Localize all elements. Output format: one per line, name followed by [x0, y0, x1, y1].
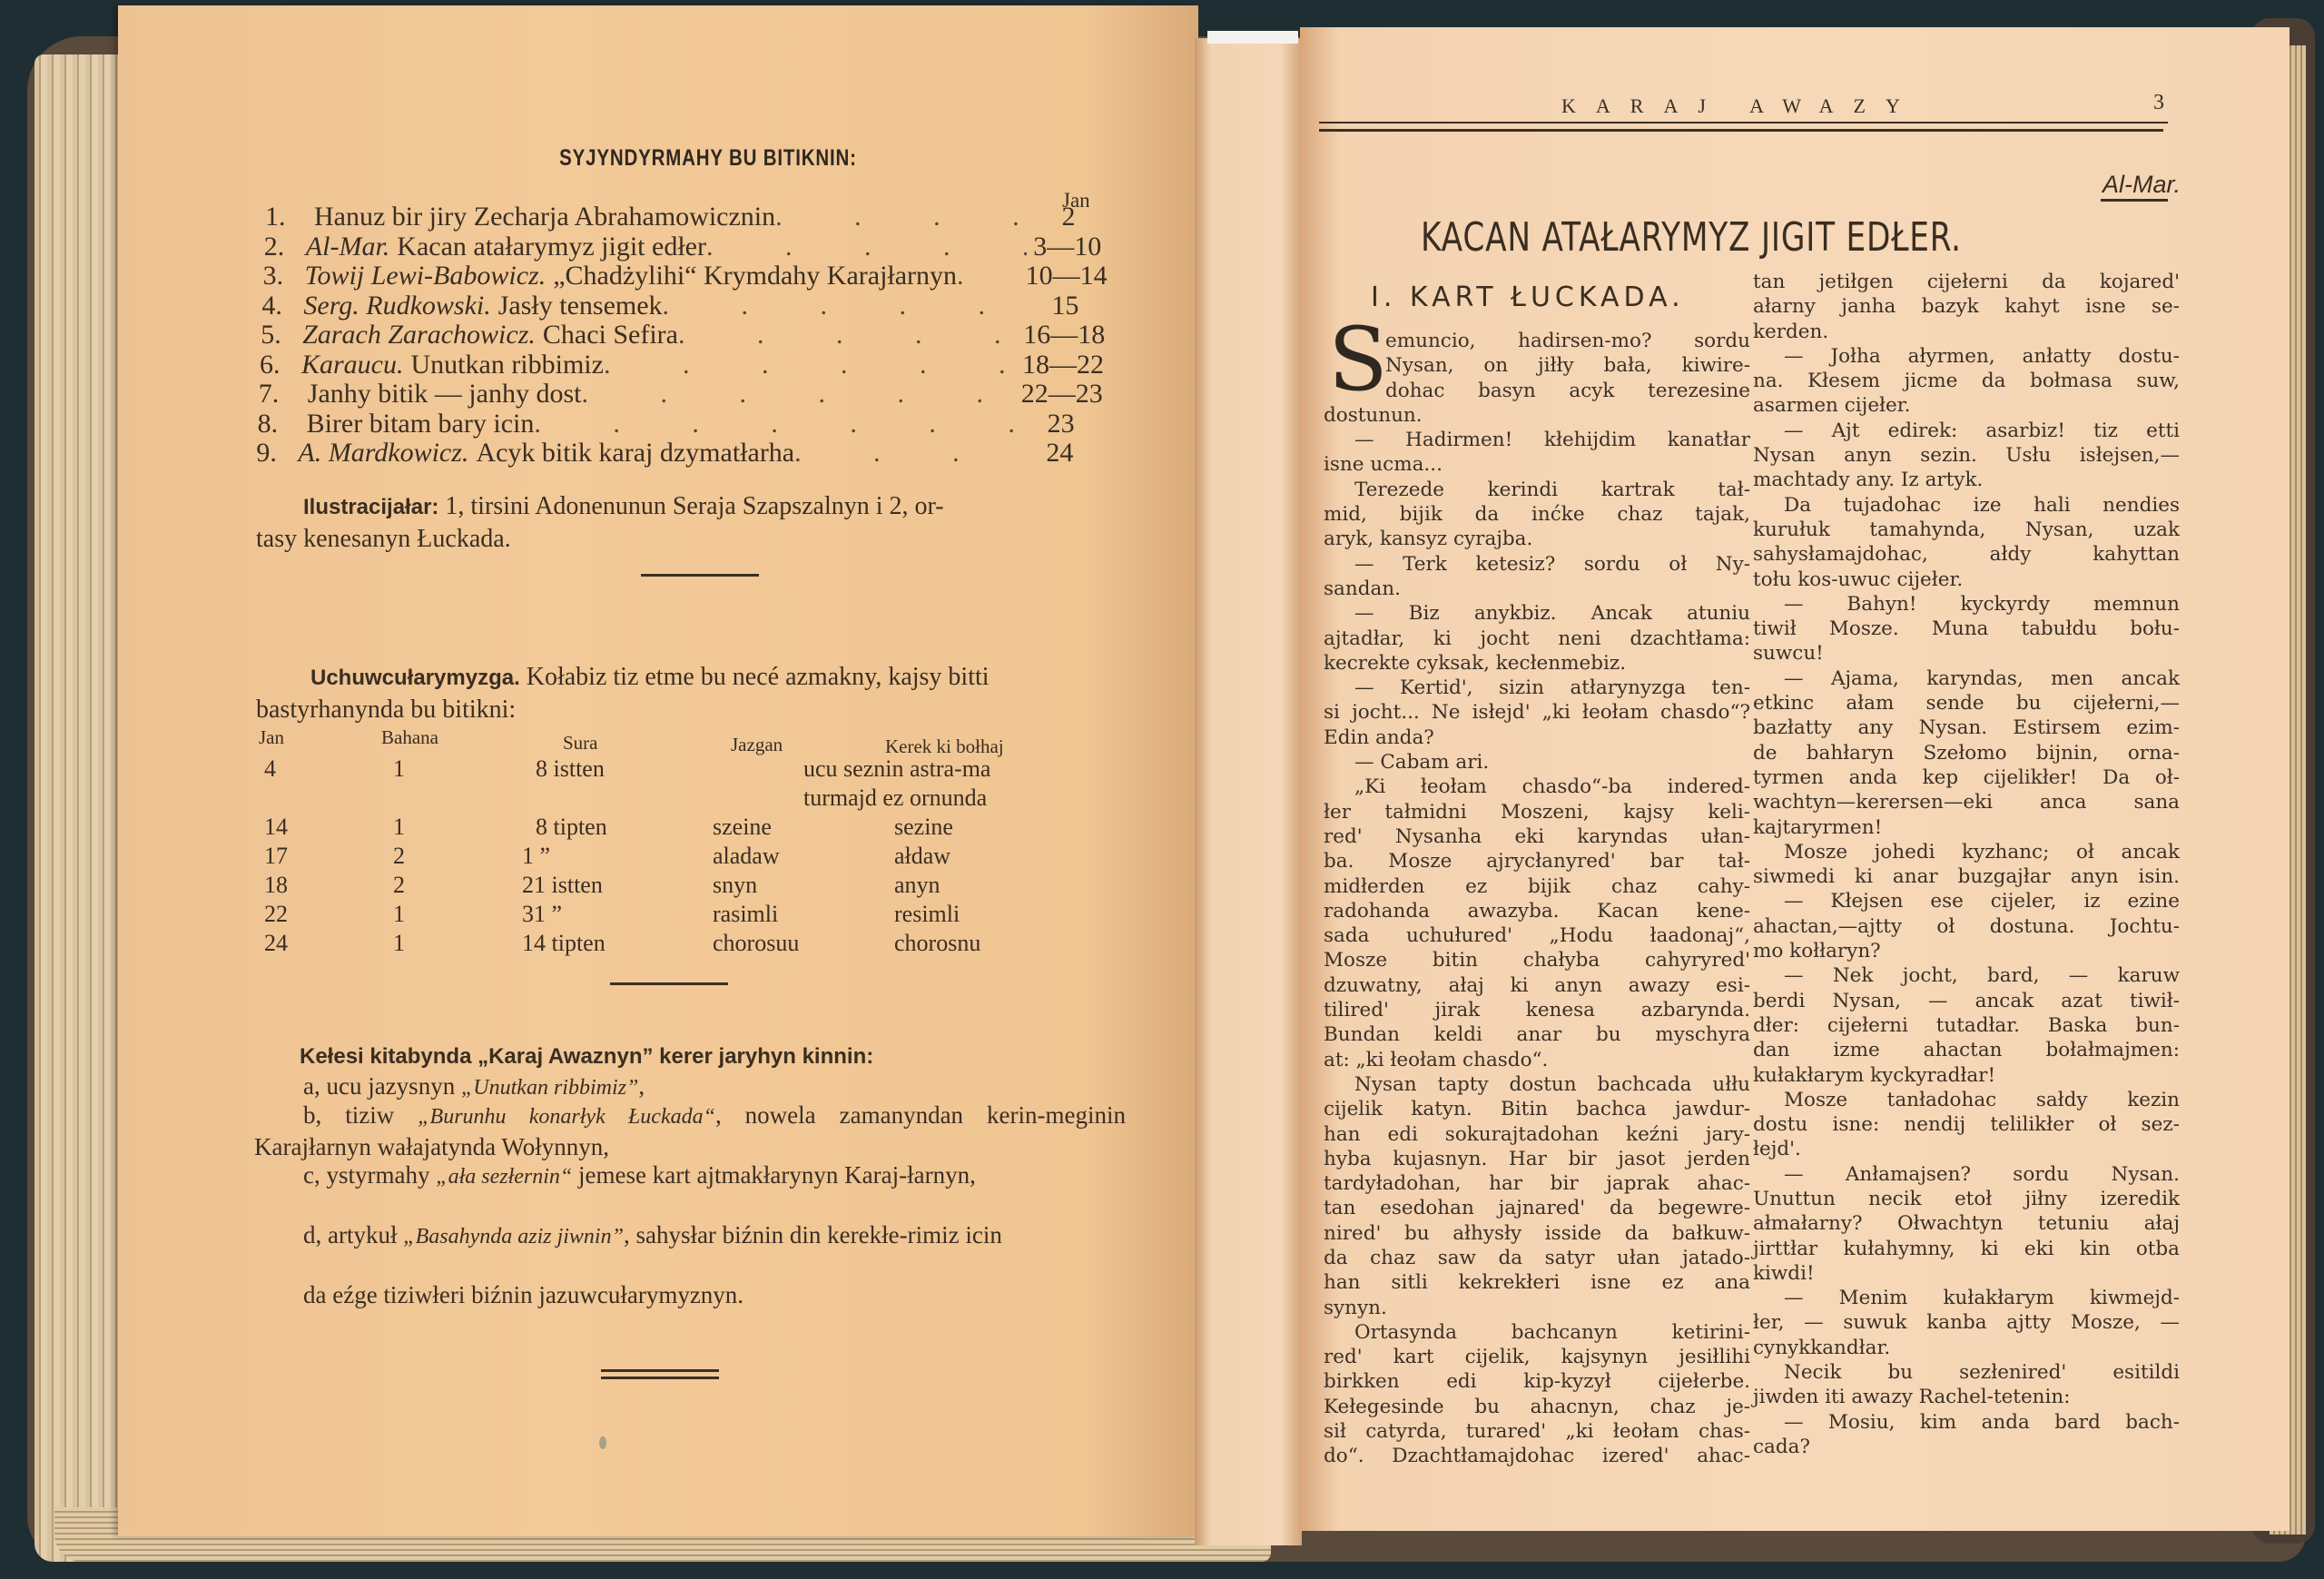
errata-jazgan: szeine: [713, 814, 772, 841]
text-line: midłerden ez bijik chaz cahy-: [1324, 874, 1750, 899]
errata-header-jazgan: Jazgan: [731, 734, 783, 756]
entry-pages: 23: [1020, 409, 1102, 439]
text-line: dohac basyn acyk terezesine: [1324, 379, 1750, 403]
text-line: tilired' jirak kenesa azbarynda.: [1324, 998, 1750, 1022]
text-line: Terezede kerindi kartrak tał-: [1324, 478, 1750, 502]
text-line: dostu isne: nendij telilikłer oł sez-: [1753, 1112, 2180, 1137]
text-line: — Kertid', sizin atłarynyzga ten-: [1324, 676, 1750, 700]
next-issue-item: c, ystyrmahy „ała sezłernin“ jemese kart…: [254, 1160, 1126, 1192]
text-line: ahactan,—ajtty oł dostuna. Jochtu-: [1753, 914, 2180, 939]
leader-dots: . . . . . . . . . . . . . . . . . .: [706, 232, 1027, 262]
text-line: Kełegesinde bu ahacnyn, chaz je-: [1324, 1395, 1750, 1419]
text-line: sandan.: [1324, 577, 1750, 601]
leader-dots: . . . . . . . . . . . . . . . . . .: [957, 261, 1026, 291]
errata-intro: Uchuwcułarymyzga. Kołabiz tiz etme bu ne…: [256, 661, 1109, 725]
entry-number: 7.: [259, 379, 300, 410]
errata-kerek: anyn: [894, 872, 940, 899]
errata-kerek: resimli: [894, 901, 960, 928]
leader-dots: . . . . . . . . . . . . . . . . . .: [534, 409, 1019, 439]
page-number: 3: [2153, 91, 2164, 115]
text-line: sahysłamajdohac, ałdy kahyttan: [1753, 542, 2180, 567]
errata-bahana: 1: [393, 814, 405, 841]
errata-header-jan: Jan: [259, 726, 284, 749]
entry-author: Karaucu.: [301, 350, 404, 380]
errata-bahana: 1: [393, 930, 405, 957]
item-prefix: d, artykuł: [303, 1221, 403, 1248]
errata-jan: 4: [264, 755, 276, 783]
entry-number: 3.: [263, 261, 305, 291]
leader-dots: . . . . . . . . . . . . . . . . . .: [604, 350, 1022, 380]
text-line: tan jetiłgen cijełerni da kojared': [1753, 270, 2180, 294]
entry-title: Birer bitam bary icin: [307, 409, 535, 439]
text-line: mid, bijik da inćke chaz tajak,: [1324, 502, 1750, 527]
text-line: dłer: cijełerni tutadłar. Baska bun-: [1753, 1013, 2180, 1038]
illustrations-note: Ilustracijałar: 1, tirsini Adonenunun Se…: [256, 490, 1109, 555]
text-line: „Ki łeołam chasdo“-ba indered-: [1324, 775, 1750, 799]
item-prefix: b, tiziw: [303, 1101, 418, 1129]
text-line: kiwdi!: [1753, 1261, 2180, 1286]
text-line: — Menim kułakłarym kiwmejd-: [1753, 1286, 2180, 1310]
errata-kerek: ucu seznin astra-ma: [803, 755, 990, 783]
leader-dots: . . . . . . . . . . . . . . . . . .: [581, 379, 1020, 410]
entry-author: Al-Mar.: [306, 232, 390, 262]
text-line: jirttłar kułahymny, ki eki kin otba: [1753, 1237, 2180, 1261]
errata-jazgan: rasimli: [713, 901, 778, 928]
text-line: red' kart cijelik, kajsynyn jesiłlihi: [1324, 1345, 1750, 1369]
text-line: isne ucma...: [1324, 452, 1750, 477]
errata-intro-1: Kołabiz tiz etme bu necé azmakny, kajsy …: [527, 663, 990, 691]
next-issue-item: da eźge tiziwłeri biźnin jazuwcułarymyzn…: [254, 1280, 1126, 1312]
errata-jan: 14: [264, 814, 288, 841]
errata-sura: 31 ”: [522, 901, 562, 928]
entry-number: 8.: [258, 409, 300, 439]
errata-bahana: 2: [393, 843, 405, 870]
text-line: berdi Nysan, — ancak azat tiwił-: [1753, 989, 2180, 1013]
text-line: kajtaryrmen!: [1753, 815, 2180, 840]
contents-entry: 7.Janhy bitik — janhy dost. . . . . . . …: [259, 379, 1103, 410]
next-issue-item: b, tiziw „Burunhu konarłyk Łuckada“, now…: [254, 1100, 1126, 1162]
entry-title: Unutkan ribbimiz: [411, 350, 604, 380]
text-line: nired' bu ałhysły isside da bałkuw-: [1324, 1221, 1750, 1246]
text-line: tiwił Mosze. Muna tabułdu bołu-: [1753, 617, 2180, 641]
text-line: — Bahyn! kyckyrdy memnun: [1753, 592, 2180, 617]
errata-label: Uchuwcułarymyzga.: [310, 666, 520, 690]
errata-sura: 8 tipten: [536, 814, 607, 841]
gutter-flyleaf: [1195, 38, 1302, 1545]
text-line: — Terk ketesiz? sordu oł Ny-: [1324, 552, 1750, 577]
text-line: tyrmen anda kep cijelikłer! Da oł-: [1753, 765, 2180, 790]
item-suffix: ,: [638, 1072, 645, 1100]
errata-bahana: 2: [393, 872, 405, 899]
text-line: Nysan, on jiłły bała, kiwire-: [1324, 353, 1750, 378]
leader-dots: . . . . . . . . . . . . . . . . . .: [678, 320, 1023, 350]
entry-number: 5.: [261, 320, 302, 350]
leader-dots: . . . . . . . . . . . . . . . . . .: [775, 202, 1028, 232]
section-divider: [641, 574, 759, 577]
errata-sura: 1 ”: [522, 843, 550, 870]
errata-bahana: 1: [393, 755, 405, 783]
errata-jan: 24: [264, 930, 288, 957]
contents-entry: 1.Hanuz bir jiry Zecharja Abrahamowiczni…: [265, 202, 1109, 232]
errata-row: 1418 tiptenszeinesezine: [259, 814, 1112, 844]
entry-title: Kacan atałarymyz jigit edłer: [397, 232, 706, 262]
text-line: de bahłaryn Szełomo bijnin, orna-: [1753, 741, 2180, 765]
text-line: — Nek jocht, bard, — karuw: [1753, 963, 2180, 988]
contents-entry: 8.Birer bitam bary icin. . . . . . . . .…: [258, 409, 1102, 439]
text-line: kerden.: [1753, 320, 2180, 344]
errata-jan: 18: [264, 872, 288, 899]
text-line: do“. Dzachtłamajdohac izered' ahac-: [1324, 1444, 1750, 1468]
errata-sura: 21 istten: [522, 872, 603, 899]
text-line: ałmałarny? Ołwachtyn tetuniu ałaj: [1753, 1211, 2180, 1236]
end-rule-top: [601, 1369, 719, 1372]
entry-title: Jasły tensemek: [498, 291, 663, 321]
text-line: ałarny janha bazyk kahyt isne se-: [1753, 294, 2180, 319]
text-line: na. Kłesem jicme da bołmasa suw,: [1753, 369, 2180, 393]
leader-dots: . . . . . . . . . . . . . . . . . .: [663, 291, 1025, 321]
text-line: tardyładohan, har bir japrak ahac-: [1324, 1171, 1750, 1196]
text-line: Edin anda?: [1324, 725, 1750, 750]
text-line: Da tujadohac ize hali nendies: [1753, 493, 2180, 518]
errata-row: 24114 tiptenchorosuuchorosnu: [259, 930, 1112, 961]
running-head: KARAJ AWAZY: [1561, 94, 1920, 118]
text-line: Necik bu sezłenired' esitildi: [1753, 1360, 2180, 1385]
head-rule-1: [1319, 122, 2168, 123]
entry-pages: 22—23: [1021, 379, 1103, 410]
text-line: łer, — suwuk kanba ajtty Mosze, —: [1753, 1310, 2180, 1335]
text-line: cynykkandłar.: [1753, 1336, 2180, 1360]
entry-pages: 24: [1019, 438, 1100, 469]
text-line: kułakłarym kyckyradłar!: [1753, 1063, 2180, 1088]
entry-pages: 2: [1028, 202, 1109, 232]
errata-sura: 8 istten: [536, 755, 605, 783]
item-title: „Basahynda aziz jiwnin”: [403, 1225, 624, 1248]
errata-row: 22131 ”rasimliresimli: [259, 901, 1112, 932]
text-line: tan esedohan jajnared' da begewre-: [1324, 1196, 1750, 1220]
text-line: cijelik katyn. Bitin bachca jawdur-: [1324, 1097, 1750, 1121]
errata-sura: 14 tipten: [522, 930, 606, 957]
text-line: radohanda awazyba. Kacan kene-: [1324, 899, 1750, 923]
head-rule-2: [1319, 129, 2163, 132]
item-title: „Burunhu konarłyk Łuckada“: [418, 1105, 715, 1129]
text-line: red' Nysanha eki karyndas ułan-: [1324, 824, 1750, 849]
item-prefix: a, ucu jazysnyn: [303, 1072, 461, 1100]
text-line: birkken edi kip-kyzył cijełerbe.: [1324, 1369, 1750, 1394]
errata-kerek: chorosnu: [894, 930, 980, 957]
contents-entry: 6.Karaucu.Unutkan ribbimiz. . . . . . . …: [260, 350, 1104, 380]
entry-number: 2.: [264, 232, 306, 262]
errata-header-sura: Sura: [563, 732, 598, 755]
entry-author: Serg. Rudkowski.: [303, 291, 490, 321]
text-line: dzuwatny, ałaj ki anyn awazy esi-: [1324, 973, 1750, 998]
text-line: ba. Mosze ajrycłanyred' bar tał-: [1324, 849, 1750, 873]
text-line: — Jołha ałyrmen, anłatty dostu-: [1753, 344, 2180, 369]
text-line: kecrekte cyksak, kecłenmebiz.: [1324, 651, 1750, 676]
errata-kerek: ałdaw: [894, 843, 950, 870]
text-line: da chaz saw da satyr ułan jatado-: [1324, 1246, 1750, 1270]
item-prefix: da eźge tiziwłeri biźnin jazuwcułarymyzn…: [303, 1281, 743, 1308]
text-line: at: „ki łeołam chasdo“.: [1324, 1048, 1750, 1072]
article-byline: Al-Mar.: [2102, 171, 2181, 199]
text-line: hyba kujasnyn. Har bir jasot jerden: [1324, 1147, 1750, 1171]
text-line: siwmedi ki anar buzgajłar anyn isin.: [1753, 864, 2180, 889]
errata-jazgan: chorosuu: [713, 930, 799, 957]
text-line: jiwden iti awazy Rachel-tetenin:: [1753, 1385, 2180, 1409]
item-suffix: jemese kart ajtmakłarynyn Karaj-łarnyn,: [572, 1161, 976, 1189]
text-line: Nysan tapty dostun bachcada ułłu: [1324, 1072, 1750, 1097]
contents-entry: 3.Towij Lewi-Babowicz.„Chadżylihi“ Krymd…: [263, 261, 1108, 291]
entry-title: „Chadżylihi“ Krymdahy Karajłarnyn: [553, 261, 957, 291]
end-rule-bottom: [601, 1377, 719, 1379]
illustrations-text-1: 1, tirsini Adonenunun Seraja Szapszalnyn…: [445, 492, 943, 520]
errata-jan: 22: [264, 901, 288, 928]
text-line: — Anłamajsen? sordu Nysan.: [1753, 1162, 2180, 1187]
text-line: synyn.: [1324, 1296, 1750, 1320]
contents-entry: 2.Al-Mar.Kacan atałarymyz jigit edłer. .…: [264, 232, 1108, 262]
section-title: I. KART ŁUCKADA.: [1371, 281, 1685, 313]
errata-row: 418 isttenucu seznin astra-ma: [259, 755, 1112, 786]
entry-title: Acyk bitik karaj dzymatłarha: [476, 438, 794, 469]
errata-row: 18221 isttensnynanyn: [259, 872, 1112, 903]
text-line: dostunun.: [1324, 403, 1750, 428]
entry-number: 9.: [256, 438, 298, 469]
byline-underline: [2101, 199, 2168, 202]
next-issue-title: Kełesi kitabynda „Karaj Awaznyn” kerer j…: [300, 1044, 873, 1070]
text-line: Mosze bitin chałyba cahyryred': [1324, 948, 1750, 972]
entry-author: Towij Lewi-Babowicz.: [305, 261, 547, 291]
item-title: „ała sezłernin“: [436, 1165, 572, 1189]
text-line: Bundan keldi anar bu myschyra: [1324, 1022, 1750, 1047]
illustrations-label: Ilustracijałar:: [303, 495, 438, 519]
contents-entry: 4.Serg. Rudkowski.Jasły tensemek. . . . …: [261, 291, 1106, 321]
leader-dots: . . . . . . . . . . . . . . . . . .: [794, 438, 1019, 469]
entry-pages: 16—18: [1023, 320, 1105, 350]
text-line: machtady any. Iz artyk.: [1753, 468, 2180, 492]
entry-number: 1.: [265, 202, 307, 232]
entry-title: Chaci Sefira: [543, 320, 678, 350]
text-line: — Ajt edirek: asarbiz! tiz etti: [1753, 419, 2180, 443]
contents-entry: 9.A. Mardkowicz.Acyk bitik karaj dzymatł…: [256, 438, 1100, 469]
text-line: — Biz anykbiz. Ancak atuniu: [1324, 601, 1750, 626]
text-line: — Kłejsen ese cijeler, iz ezine: [1753, 889, 2180, 913]
text-line: han sitli kekrekłeri isne ez ana: [1324, 1270, 1750, 1295]
entry-title: Janhy bitik — janhy dost: [308, 379, 582, 410]
errata-row: 1721 ”aladawałdaw: [259, 843, 1112, 873]
errata-jazgan: aladaw: [713, 843, 780, 870]
text-line: — Cabam ari.: [1324, 750, 1750, 775]
next-issue-item: d, artykuł „Basahynda aziz jiwnin”, sahy…: [254, 1220, 1126, 1252]
entry-title: Hanuz bir jiry Zecharja Abrahamowicznin: [314, 202, 775, 232]
text-line: wachtyn—kerersen—eki anca sana: [1753, 790, 2180, 814]
item-suffix: , sahysłar biźnin din kerekłe-rimiz icin: [624, 1221, 1002, 1248]
article-column-2: tan jetiłgen cijełerni da kojared'ałarny…: [1753, 270, 2180, 1459]
errata-bahana: 1: [393, 901, 405, 928]
text-line: si jocht... Ne isłejd' „ki łeołam chasdo…: [1324, 700, 1750, 725]
text-line: sił catyrda, turared' „ki łeołam chas-: [1324, 1419, 1750, 1444]
text-line: Mosze tanładohac sałdy kezin: [1753, 1088, 2180, 1112]
text-line: Ortasynda bachcanyn ketirini-: [1324, 1320, 1750, 1345]
entry-pages: 15: [1024, 291, 1106, 321]
item-title: „Unutkan ribbimiz”: [461, 1076, 638, 1100]
paper-tab: [1207, 31, 1298, 44]
text-line: bazłatty any Nysan. Estirsem ezim-: [1753, 715, 2180, 740]
text-line: kurułuk tamahynda, Nysan, uzak: [1753, 518, 2180, 542]
text-line: łer tałmidni Moszeni, kajsy keli-: [1324, 800, 1750, 824]
errata-kerek: turmajd ez ornunda: [803, 785, 987, 812]
entry-number: 6.: [260, 350, 301, 380]
contents-entry: 5.Zarach Zarachowicz.Chaci Sefira. . . .…: [261, 320, 1105, 350]
text-line: łejd'.: [1753, 1137, 2180, 1161]
text-line: asarmen cijełer.: [1753, 393, 2180, 418]
errata-row: turmajd ez ornunda: [259, 785, 1112, 815]
article-column-1: emuncio, hadirsen-mo? sorduNysan, on jił…: [1324, 329, 1750, 1469]
text-line: — Hadirmen! kłehijdim kanatłar: [1324, 428, 1750, 452]
text-line: dan izme ahactan bołałmajmen:: [1753, 1038, 2180, 1062]
text-line: cada?: [1753, 1435, 2180, 1459]
text-line: etkinc ałam sende bu cijełerni,—: [1753, 691, 2180, 715]
text-line: — Mosiu, kim anda bard bach-: [1753, 1410, 2180, 1435]
illustrations-text-2: tasy kenesanyn Łuckada.: [256, 525, 511, 553]
text-line: Mosze johedi kyzhanc; oł ancak: [1753, 840, 2180, 864]
text-line: mo kołłaryn?: [1753, 939, 2180, 963]
errata-intro-2: bastyrhanynda bu bitikni:: [256, 696, 516, 724]
section-divider-2: [610, 982, 728, 985]
next-issue-item: a, ucu jazysnyn „Unutkan ribbimiz”,: [254, 1071, 1126, 1103]
entry-author: Zarach Zarachowicz.: [302, 320, 536, 350]
entry-pages: 10—14: [1026, 261, 1108, 291]
text-line: emuncio, hadirsen-mo? sordu: [1324, 329, 1750, 353]
paper-stain: [599, 1436, 606, 1449]
entry-pages: 18—22: [1022, 350, 1104, 380]
text-line: Nysan anyn sezin. Usłu isłejsen,—: [1753, 443, 2180, 468]
text-line: ajtadłar, ki jocht neni dzachtłama:: [1324, 627, 1750, 651]
text-line: suwcu!: [1753, 641, 2180, 666]
entry-number: 4.: [261, 291, 303, 321]
text-line: han edi sokurajtadohan keźni jary-: [1324, 1122, 1750, 1147]
entry-author: A. Mardkowicz.: [298, 438, 468, 469]
errata-header-bahana: Bahana: [381, 726, 438, 749]
item-prefix: c, ystyrmahy: [303, 1161, 436, 1189]
text-line: tołu kos-uwuc cijełer.: [1753, 567, 2180, 592]
text-line: aryk, kansyz cyrajba.: [1324, 527, 1750, 551]
errata-jan: 17: [264, 843, 288, 870]
text-line: Unuttun necik etoł jiłny izeredik: [1753, 1187, 2180, 1211]
text-line: sada uchułured' „Hodu łaadonaj“,: [1324, 923, 1750, 948]
entry-pages: 3—10: [1027, 232, 1108, 262]
text-line: — Ajama, karyndas, men ancak: [1753, 666, 2180, 691]
contents-title: SYJYNDYRMAHY BU BITIKNIN:: [559, 145, 857, 172]
errata-kerek: sezine: [894, 814, 953, 841]
article-title: KACAN ATAŁARYMYZ JIGIT EDŁER.: [1421, 214, 1962, 261]
errata-jazgan: snyn: [713, 872, 757, 899]
errata-header-row: Jan Bahana Sura Jazgan Kerek ki bołhaj: [259, 726, 1112, 757]
